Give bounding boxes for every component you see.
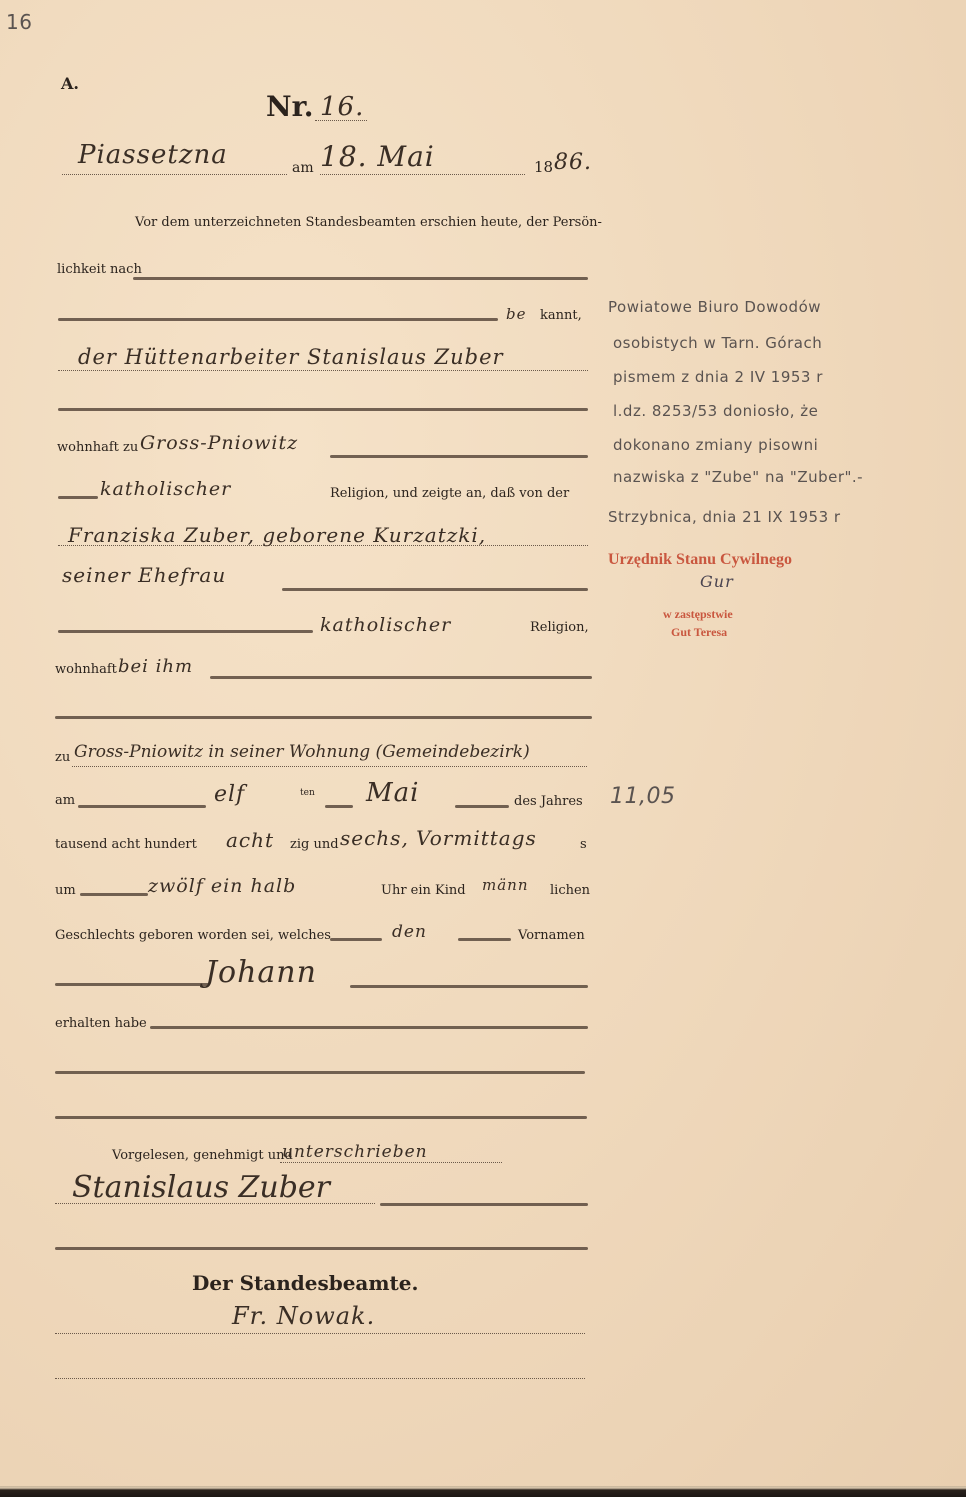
stamp-title: Urzędnik Stanu Cywilnego — [608, 551, 792, 569]
line-uhr-ein-kind: Uhr ein Kind — [381, 883, 466, 898]
registrar-signature: Fr. Nowak. — [232, 1302, 375, 1330]
line-vornamen: Vornamen — [518, 928, 585, 943]
line-religion-zeigte: Religion, und zeigte an, daß von der — [330, 486, 569, 501]
pencil-number: 11,05 — [610, 784, 675, 809]
mother-name: Franziska Zuber, geborene Kurzatzki, — [68, 523, 486, 547]
place-field: Piassetzna — [78, 140, 228, 170]
line-lichen: lichen — [550, 883, 590, 898]
informant-residence: Gross-Pniowitz — [140, 432, 298, 454]
birth-place: Gross-Pniowitz in seiner Wohnung (Gemein… — [74, 742, 530, 762]
approval-signed: unterschrieben — [282, 1142, 428, 1162]
line-erhalten-habe: erhalten habe — [55, 1016, 147, 1031]
margin-note-line: osobistych w Tarn. Górach — [613, 334, 822, 352]
line-kannt: kannt, — [540, 308, 582, 323]
line-vor-dem: Vor dem unterzeichneten Standesbeamten e… — [135, 215, 602, 230]
line-s: s — [580, 837, 587, 852]
informant-religion: katholischer — [100, 478, 231, 500]
margin-note-line: nazwiska z "Zube" na "Zuber".- — [613, 468, 863, 486]
line-lichkeit-nach: lichkeit nach — [57, 262, 142, 277]
corner-pencil-number: 16 — [6, 10, 32, 34]
birth-day: elf — [214, 782, 245, 807]
child-sex: männ — [482, 876, 529, 894]
line-vorgelesen: Vorgelesen, genehmigt und — [112, 1148, 293, 1163]
mother-relation: seiner Ehefrau — [62, 563, 226, 587]
registrar-title: Der Standesbeamte. — [192, 1271, 418, 1295]
year-printed: 18 — [534, 158, 553, 176]
form-letter: A. — [61, 74, 79, 93]
line-wohnhaft: wohnhaft — [55, 662, 117, 677]
child-given-name: Johann — [205, 955, 317, 990]
page-bottom-edge — [0, 1486, 966, 1497]
informant-name: der Hüttenarbeiter Stanislaus Zuber — [78, 345, 504, 369]
line-des-jahres: des Jahres — [514, 794, 583, 809]
stamp-name: Gut Teresa — [671, 625, 727, 640]
mother-religion: katholischer — [320, 614, 451, 636]
line-tausend: tausend acht hundert — [55, 837, 197, 852]
known-prefix: be — [506, 305, 526, 323]
line-zig-und: zig und — [290, 837, 339, 852]
day-suffix: ten — [300, 788, 315, 798]
margin-note-line: pismem z dnia 2 IV 1953 r — [613, 368, 823, 386]
birth-month: Mai — [366, 778, 419, 808]
stamp-initials: Gur — [700, 572, 734, 591]
birth-hour: zwölf ein halb — [148, 875, 296, 897]
mother-residence: bei ihm — [118, 656, 193, 677]
number-value: 16. — [320, 92, 364, 122]
line-zu: zu — [55, 750, 70, 765]
line-am: am — [55, 793, 75, 808]
margin-note-line: Powiatowe Biuro Dowodów — [608, 298, 821, 316]
informant-signature: Stanislaus Zuber — [72, 1170, 330, 1205]
margin-note-line: dokonano zmiany pisowni — [613, 436, 818, 454]
margin-note-line: l.dz. 8253/53 doniosło, że — [613, 402, 818, 420]
number-label: Nr. — [266, 90, 314, 123]
date-am-label: am — [292, 160, 314, 176]
date-field: 18. Mai — [320, 140, 435, 173]
year-handwritten: 86. — [554, 150, 592, 175]
line-um: um — [55, 883, 76, 898]
line-geschlechts: Geschlechts geboren worden sei, welches — [55, 928, 331, 943]
birth-year-unit-time: sechs, Vormittags — [340, 826, 537, 850]
line-religion-2: Religion, — [530, 620, 589, 635]
line-wohnhaft-zu: wohnhaft zu — [57, 440, 138, 455]
article-den: den — [392, 922, 427, 942]
margin-note-line: Strzybnica, dnia 21 IX 1953 r — [608, 508, 841, 526]
stamp-substitute: w zastępstwie — [663, 607, 733, 622]
birth-decade: acht — [226, 828, 274, 852]
